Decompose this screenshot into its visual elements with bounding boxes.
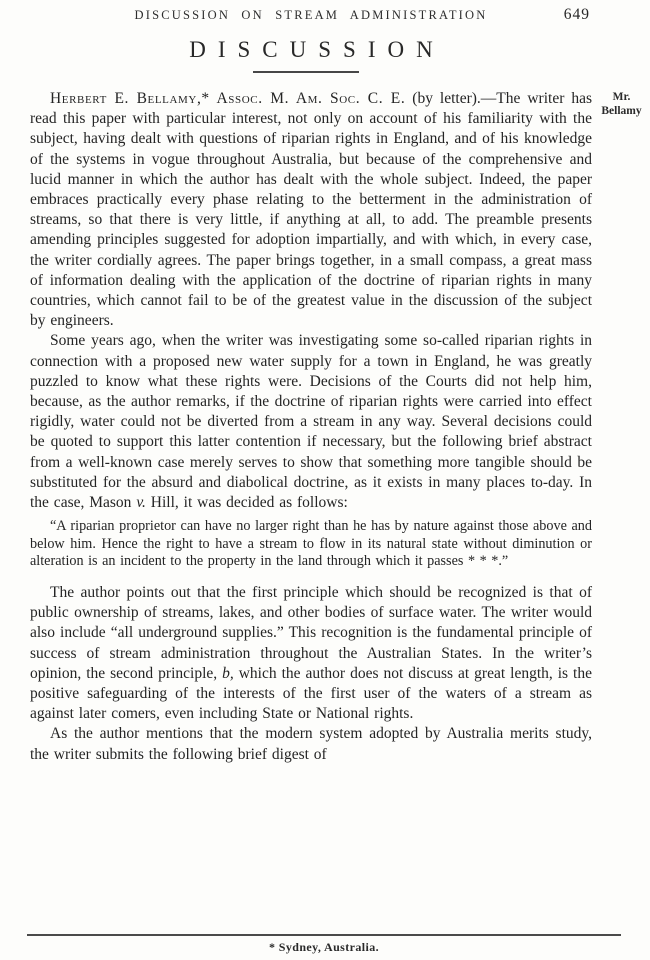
margin-note-line1: Mr.: [595, 91, 648, 105]
footnote-text: * Sydney, Australia.: [27, 940, 621, 955]
paragraph-australia-digest: As the author mentions that the modern s…: [30, 724, 592, 764]
footnote-block: * Sydney, Australia.: [27, 934, 621, 955]
margin-note-line2: Bellamy: [595, 105, 648, 119]
title-rule: [253, 71, 359, 73]
margin-note-speaker: Mr. Bellamy: [595, 91, 648, 118]
paragraph-introduction-text: (by letter).—The writer has read this pa…: [30, 90, 592, 329]
paragraph-introduction: Herbert E. Bellamy,* Assoc. M. Am. Soc. …: [30, 89, 592, 331]
speaker-affiliation: Assoc. M. Am. Soc. C. E.: [210, 90, 406, 107]
paragraph-riparian-text-after: Hill, it was decided as follows:: [146, 494, 348, 511]
body-text-column: Herbert E. Bellamy,* Assoc. M. Am. Soc. …: [30, 89, 592, 765]
running-header: DISCUSSION ON STREAM ADMINISTRATION 649: [30, 6, 592, 26]
case-versus-italic: v.: [136, 494, 146, 511]
paragraph-australia-digest-text: As the author mentions that the modern s…: [30, 725, 592, 762]
paragraph-riparian-text-before: Some years ago, when the writer was inve…: [30, 332, 592, 511]
running-header-title: DISCUSSION ON STREAM ADMINISTRATION: [30, 6, 592, 23]
page-number: 649: [564, 6, 590, 24]
speaker-name: Herbert E. Bellamy,*: [50, 90, 210, 107]
court-case-quote: “A riparian proprietor can have no large…: [30, 518, 592, 571]
footnote-rule: [27, 934, 621, 936]
scanned-paper-page: DISCUSSION ON STREAM ADMINISTRATION 649 …: [0, 0, 650, 960]
paragraph-principles: The author points out that the first pri…: [30, 583, 592, 724]
paragraph-riparian-rights: Some years ago, when the writer was inve…: [30, 331, 592, 513]
principle-b-italic: b,: [222, 665, 234, 682]
section-title: DISCUSSION: [30, 37, 592, 63]
